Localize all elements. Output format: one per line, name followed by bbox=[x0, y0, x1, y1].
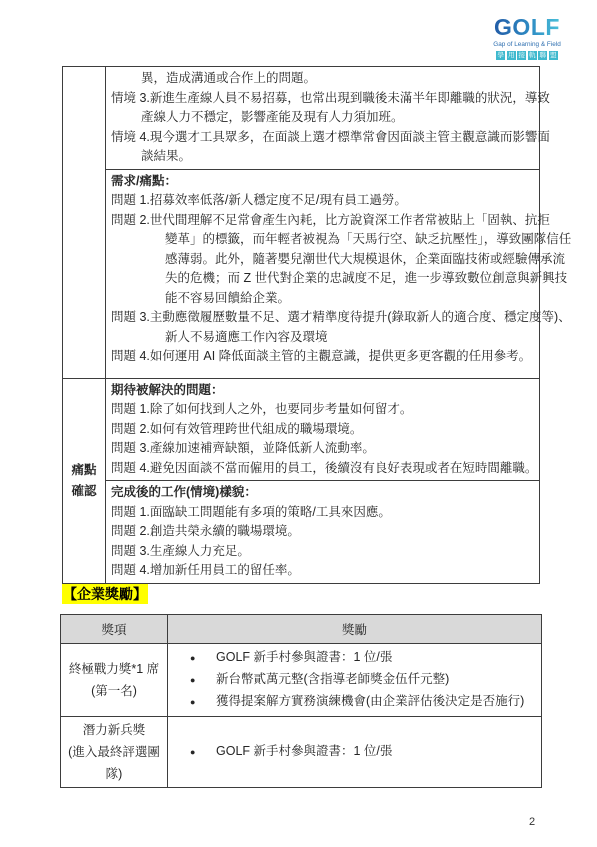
text-line: 情境 4.現今選才工具眾多，在面談上選才標準常會因面談主管主觀意識而影響面 bbox=[111, 128, 534, 148]
text-line: 問題 2.世代間理解不足常會產生內耗，比方說資深工作者常被貼上「固執、抗拒 bbox=[111, 211, 534, 231]
text-line: 問題 2.如何有效管理跨世代組成的職場環境。 bbox=[111, 420, 534, 440]
logo-square-char: 聯 bbox=[538, 51, 547, 60]
document-page: GOLF Gap of Learning & Field 學用接軌聯盟 異，造成… bbox=[0, 0, 597, 847]
expected-problems-cell: 期待被解決的問題：問題 1.除了如何找到人之外，也要同步考量如何留才。問題 2.… bbox=[106, 378, 540, 481]
reward-item: ●獲得提案解方實務演練機會(由企業評估後決定是否施行) bbox=[168, 691, 541, 713]
reward-detail-cell: ●GOLF 新手村參與證書：1 位/張●新台幣貳萬元整(含指導老師獎金伍仟元整)… bbox=[168, 644, 542, 717]
reward-item-text: 獲得提案解方實務演練機會(由企業評估後決定是否施行) bbox=[216, 691, 524, 712]
text-line: 問題 1.除了如何找到人之外，也要同步考量如何留才。 bbox=[111, 400, 534, 420]
award-name-cell: 終極戰力獎*1 席(第一名) bbox=[61, 644, 168, 717]
text-line: 異，造成溝通或合作上的問題。 bbox=[111, 69, 534, 89]
text-line: 失的危機；而 Z 世代對企業的忠誠度不足，進一步導致數位創意與新興技 bbox=[111, 269, 534, 289]
bullet-icon: ● bbox=[190, 670, 216, 691]
logo-square-char: 學 bbox=[496, 51, 505, 60]
reward-item: ●新台幣貳萬元整(含指導老師獎金伍仟元整) bbox=[168, 669, 541, 691]
text-line: 期待被解決的問題： bbox=[111, 381, 534, 401]
pain-point-table: 異，造成溝通或合作上的問題。情境 3.新進生產線人員不易招募，也常出現到職後未滿… bbox=[62, 66, 540, 584]
logo-square-char: 接 bbox=[517, 51, 526, 60]
text-line: 問題 3.生產線人力充足。 bbox=[111, 542, 534, 562]
text-line: 新人不易適應工作內容及環境 bbox=[111, 328, 534, 348]
text-line: 問題 4.增加新任用員工的留任率。 bbox=[111, 561, 534, 581]
logo-square-char: 盟 bbox=[549, 51, 558, 60]
text-line: 問題 4.如何運用 AI 降低面談主管的主觀意識，提供更多更客觀的任用參考。 bbox=[111, 347, 534, 367]
golf-logo-text: GOLF bbox=[490, 16, 564, 39]
award-name-cell: 潛力新兵獎(進入最終評選團隊) bbox=[61, 717, 168, 788]
text-line: 情境 3.新進生產線人員不易招募，也常出現到職後未滿半年即離職的狀況，導致 bbox=[111, 89, 534, 109]
text-line: 產線人力不穩定，影響產能及現有人力須加班。 bbox=[111, 108, 534, 128]
reward-item: ●GOLF 新手村參與證書：1 位/張 bbox=[168, 647, 541, 669]
reward-item-text: GOLF 新手村參與證書：1 位/張 bbox=[216, 741, 392, 762]
needs-pain-points-cell: 需求/痛點：問題 1.招募效率低落/新人穩定度不足/現有員工過勞。問題 2.世代… bbox=[106, 169, 540, 378]
reward-item-text: 新台幣貳萬元整(含指導老師獎金伍仟元整) bbox=[216, 669, 449, 690]
completed-work-cell: 完成後的工作(情境)樣貌：問題 1.面臨缺工問題能有多項的策略/工具來因應。問題… bbox=[106, 481, 540, 584]
rewards-table: 獎項 獎勵 終極戰力獎*1 席(第一名)●GOLF 新手村參與證書：1 位/張●… bbox=[60, 614, 542, 788]
page-number: 2 bbox=[529, 816, 535, 828]
text-line: 問題 1.招募效率低落/新人穩定度不足/現有員工過勞。 bbox=[111, 191, 534, 211]
text-line: 問題 1.面臨缺工問題能有多項的策略/工具來因應。 bbox=[111, 503, 534, 523]
scenario-continued-cell: 異，造成溝通或合作上的問題。情境 3.新進生產線人員不易招募，也常出現到職後未滿… bbox=[106, 67, 540, 170]
rewards-table-header-reward: 獎勵 bbox=[168, 615, 542, 644]
text-line: 問題 3.產線加速補齊缺額，並降低新人流動率。 bbox=[111, 439, 534, 459]
bullet-icon: ● bbox=[190, 742, 216, 763]
reward-item: ●GOLF 新手村參與證書：1 位/張 bbox=[168, 741, 541, 763]
text-line: 需求/痛點： bbox=[111, 172, 534, 192]
text-line: 感薄弱。此外，隨著嬰兒潮世代大規模退休，企業面臨技術或經驗傳承流 bbox=[111, 250, 534, 270]
text-line: 完成後的工作(情境)樣貌： bbox=[111, 483, 534, 503]
text-line: 談結果。 bbox=[111, 147, 534, 167]
logo-square-char: 用 bbox=[507, 51, 516, 60]
golf-logo-chinese-badges: 學用接軌聯盟 bbox=[490, 51, 564, 60]
text-line: 問題 2.創造共榮永續的職場環境。 bbox=[111, 522, 534, 542]
section-title-enterprise-rewards: 【企業獎勵】 bbox=[62, 584, 148, 604]
row-label-pain-point-confirm: 痛點確認 bbox=[63, 378, 106, 584]
reward-detail-cell: ●GOLF 新手村參與證書：1 位/張 bbox=[168, 717, 542, 788]
row-label-empty bbox=[63, 67, 106, 379]
text-line: 變革」的標籤，而年輕者被視為「天馬行空、缺乏抗壓性」，導致團隊信任 bbox=[111, 230, 534, 250]
rewards-table-header-award: 獎項 bbox=[61, 615, 168, 644]
golf-logo-tagline: Gap of Learning & Field bbox=[490, 41, 564, 48]
text-line: 問題 4.避免因面談不當而僱用的員工，後續沒有良好表現或者在短時間離職。 bbox=[111, 459, 534, 479]
bullet-icon: ● bbox=[190, 692, 216, 713]
reward-item-text: GOLF 新手村參與證書：1 位/張 bbox=[216, 647, 392, 668]
logo-square-char: 軌 bbox=[528, 51, 537, 60]
bullet-icon: ● bbox=[190, 648, 216, 669]
text-line: 問題 3.主動應徵履歷數量不足、選才精準度待提升(錄取新人的適合度、穩定度等)、 bbox=[111, 308, 534, 328]
text-line: 能不容易回饋給企業。 bbox=[111, 289, 534, 309]
golf-logo: GOLF Gap of Learning & Field 學用接軌聯盟 bbox=[490, 16, 564, 60]
